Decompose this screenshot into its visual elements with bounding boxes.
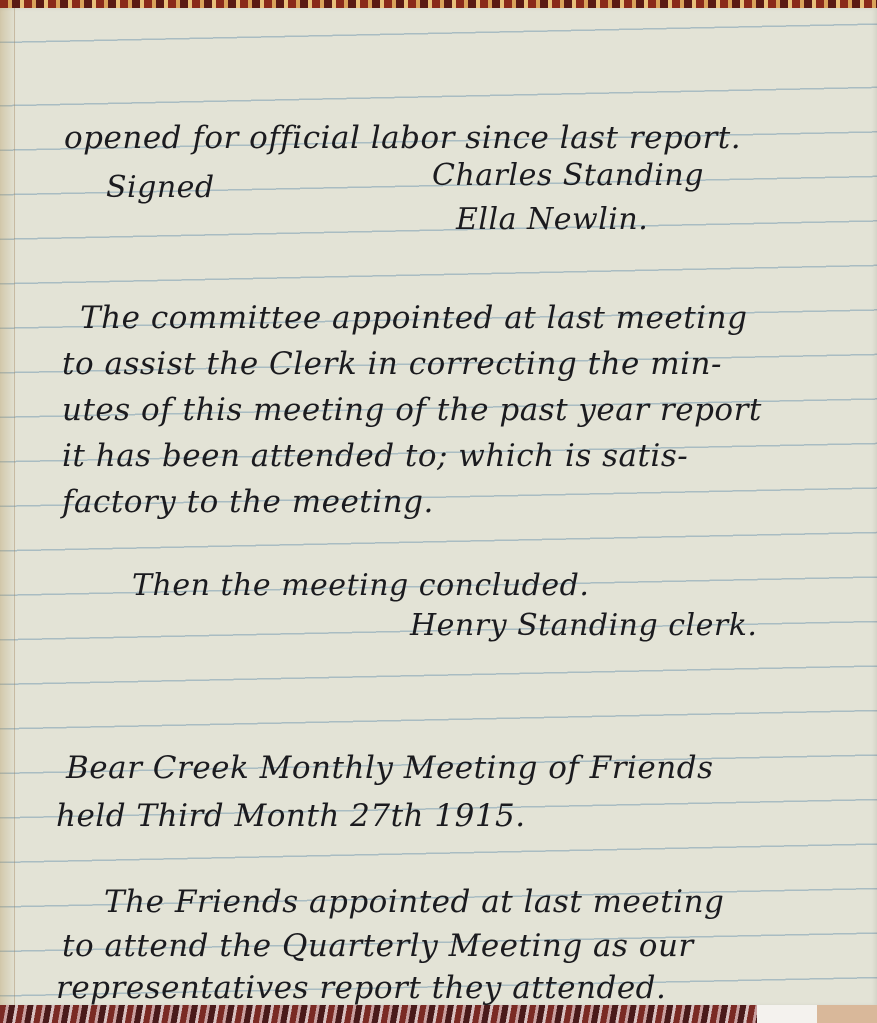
signed-label: Signed [106,170,215,205]
ledger-page: opened for official labor since last rep… [0,8,877,1006]
text-line: The Friends appointed at last meeting [104,884,724,920]
text-line: Then the meeting concluded. [132,568,589,603]
marbled-cover-bottom-edge [0,1005,877,1023]
meeting-heading: Bear Creek Monthly Meeting of Friends [66,750,714,786]
text-line: it has been attended to; which is satis- [62,438,688,474]
signature-henry-standing-clerk: Henry Standing clerk. [410,608,757,643]
text-line: to attend the Quarterly Meeting as our [62,928,694,964]
meeting-date: held Third Month 27th 1915. [56,798,526,834]
text-line: The committee appointed at last meeting [80,300,747,336]
text-line: representatives report they attended. [56,970,666,1006]
signature-charles-standing: Charles Standing [432,158,704,193]
text-line: to assist the Clerk in correcting the mi… [62,346,722,382]
text-line: opened for official labor since last rep… [64,120,741,156]
signature-ella-newlin: Ella Newlin. [456,202,648,237]
background-surface [757,1005,817,1023]
background-surface [817,1005,877,1023]
text-line: utes of this meeting of the past year re… [62,392,762,428]
page-margin [14,8,15,1006]
text-line: factory to the meeting. [62,484,434,520]
